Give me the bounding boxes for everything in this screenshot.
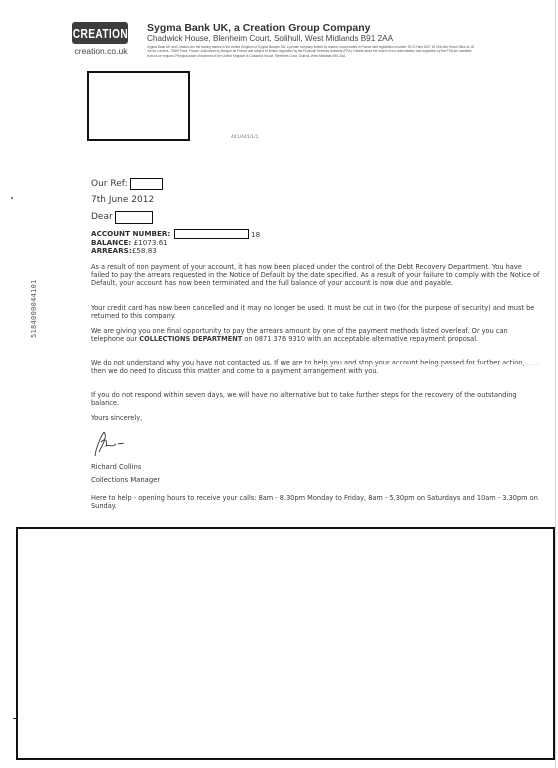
reference-code: 441/441/1/1: [231, 135, 258, 140]
our-ref-label: Our Ref:: [91, 179, 128, 189]
redacted-recipient-name: [115, 211, 153, 224]
closing: Yours sincerely,: [91, 414, 541, 422]
signer-title: Collections Manager: [91, 476, 160, 484]
logo-text: CREATION: [72, 26, 127, 41]
side-code-container: 5184000044101: [30, 338, 40, 408]
company-name: Sygma Bank UK, a Creation Group Company: [147, 22, 370, 34]
scan-mark: [13, 718, 17, 719]
account-number-suffix: 18: [251, 230, 260, 239]
redacted-payment-slip: [16, 527, 555, 760]
arrears-label: ARREARS:: [91, 246, 132, 255]
signer-name: Richard Collins: [91, 463, 141, 471]
collections-department: COLLECTIONS DEPARTMENT: [139, 335, 242, 343]
scan-dot: [11, 197, 13, 199]
scan-line: [300, 364, 540, 365]
paragraph-debt-recovery: As a result of non payment of your accou…: [91, 263, 541, 288]
letter-date: 7th June 2012: [91, 195, 154, 205]
redacted-address-box: [87, 71, 190, 141]
opening-hours: Here to help - opening hours to receive …: [91, 494, 541, 510]
legal-fine-print: Sygma Bank UK and Creation are the tradi…: [147, 45, 477, 58]
logo-url: creation.co.uk: [68, 46, 134, 56]
paragraph-not-contacted: We do not understand why you have not co…: [91, 359, 541, 375]
company-address: Chadwick House, Blenheim Court, Solihull…: [147, 34, 393, 43]
side-barcode-number: 5184000044101: [30, 279, 38, 338]
signature-icon: [92, 430, 132, 460]
page-edge: [555, 0, 556, 768]
paragraph-final-opportunity: We are giving you one final opportunity …: [91, 327, 541, 343]
account-summary: ACCOUNT NUMBER: BALANCE: £1073.61 ARREAR…: [91, 230, 170, 256]
creation-logo: CREATION: [72, 22, 128, 44]
salutation: Dear: [91, 212, 113, 222]
redacted-account-number: [174, 229, 249, 239]
final-opportunity-phone-text: on 0871 376 9310 with an acceptable alte…: [242, 335, 478, 343]
paragraph-respond-seven-days: If you do not respond within seven days,…: [91, 391, 541, 407]
redacted-our-ref: [130, 178, 163, 190]
arrears-row: ARREARS:£58.83: [91, 247, 170, 256]
arrears-value: £58.83: [132, 246, 157, 255]
paragraph-card-cancelled: Your credit card has now been cancelled …: [91, 304, 541, 320]
